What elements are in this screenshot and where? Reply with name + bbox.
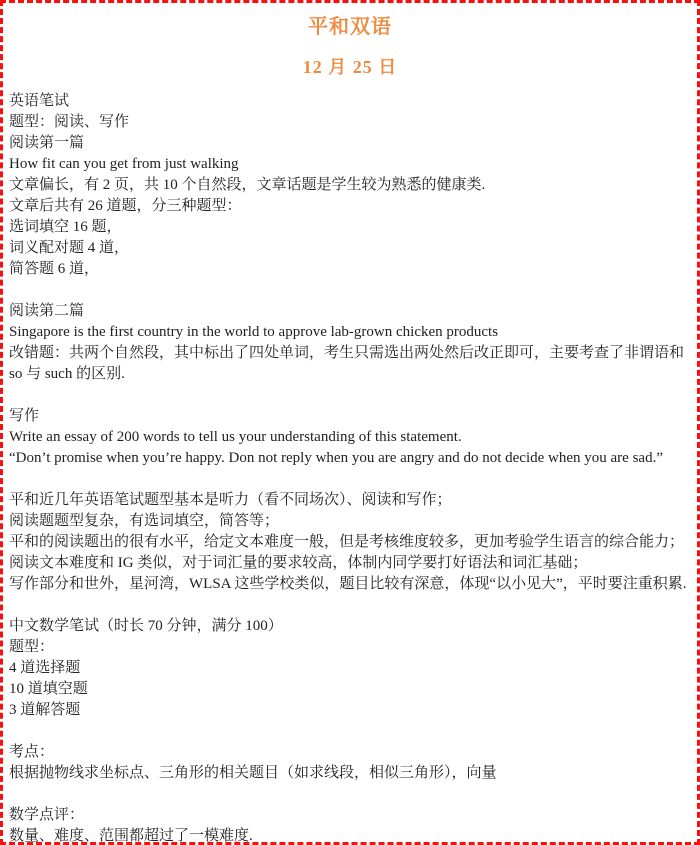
document-body: 英语笔试 题型：阅读、写作 阅读第一篇 How fit can you get … — [3, 91, 697, 845]
text-line: 题型： — [9, 637, 690, 658]
text-line: 词义配对题 4 道， — [9, 238, 690, 259]
text-line: 根据抛物线求坐标点、三角形的相关题目（如求线段，相似三角形），向量 — [9, 763, 690, 784]
text-line: 4 道选择题 — [9, 658, 690, 679]
blank-line — [9, 595, 690, 616]
comment-line: 平和的阅读题出的很有水平，给定文本难度一般，但是考核维度较多，更加考验学生语言的… — [9, 532, 690, 553]
reading-2-title: Singapore is the first country in the wo… — [9, 322, 690, 343]
section-heading-reading-2: 阅读第二篇 — [9, 301, 690, 322]
reading-1-title: How fit can you get from just walking — [9, 154, 690, 175]
date-heading: 12 月 25 日 — [3, 56, 697, 78]
text-line: 10 道填空题 — [9, 679, 690, 700]
comment-line: 写作部分和世外，星河湾，WLSA 这些学校类似，题目比较有深意，体现“以小见大”… — [9, 574, 690, 595]
text-line: 改错题：共两个自然段，其中标出了四处单词，考生只需选出两处然后改正即可，主要考查… — [9, 343, 690, 385]
text-line: 题型：阅读、写作 — [9, 112, 690, 133]
text-line: 文章偏长，有 2 页，共 10 个自然段，文章话题是学生较为熟悉的健康类. — [9, 175, 690, 196]
writing-quote: “Don’t promise when you’re happy. Don no… — [9, 448, 690, 469]
comment-line: 阅读文本难度和 IG 类似，对于词汇量的要求较高，体制内同学要打好语法和词汇基础… — [9, 553, 690, 574]
comment-line: 平和近几年英语笔试题型基本是听力（看不同场次）、阅读和写作； — [9, 490, 690, 511]
section-heading-english-test: 英语笔试 — [9, 91, 690, 112]
section-heading-math-comment: 数学点评： — [9, 805, 690, 826]
text-line: 数量、难度、范围都超过了一模难度. — [9, 826, 690, 845]
text-line: 简答题 6 道， — [9, 259, 690, 280]
text-line: 选词填空 16 题， — [9, 217, 690, 238]
document-page: 平和双语 12 月 25 日 英语笔试 题型：阅读、写作 阅读第一篇 How f… — [0, 0, 700, 845]
blank-line — [9, 280, 690, 301]
text-line: 文章后共有 26 道题，分三种题型： — [9, 196, 690, 217]
writing-prompt: Write an essay of 200 words to tell us y… — [9, 427, 690, 448]
section-heading-math-test: 中文数学笔试（时长 70 分钟，满分 100） — [9, 616, 690, 637]
text-line: 3 道解答题 — [9, 700, 690, 721]
comment-line: 阅读题题型复杂，有选词填空，简答等； — [9, 511, 690, 532]
section-heading-writing: 写作 — [9, 406, 690, 427]
blank-line — [9, 721, 690, 742]
section-heading-exam-points: 考点： — [9, 742, 690, 763]
blank-line — [9, 784, 690, 805]
blank-line — [9, 385, 690, 406]
section-heading-reading-1: 阅读第一篇 — [9, 133, 690, 154]
blank-line — [9, 469, 690, 490]
page-title: 平和双语 — [3, 15, 697, 39]
